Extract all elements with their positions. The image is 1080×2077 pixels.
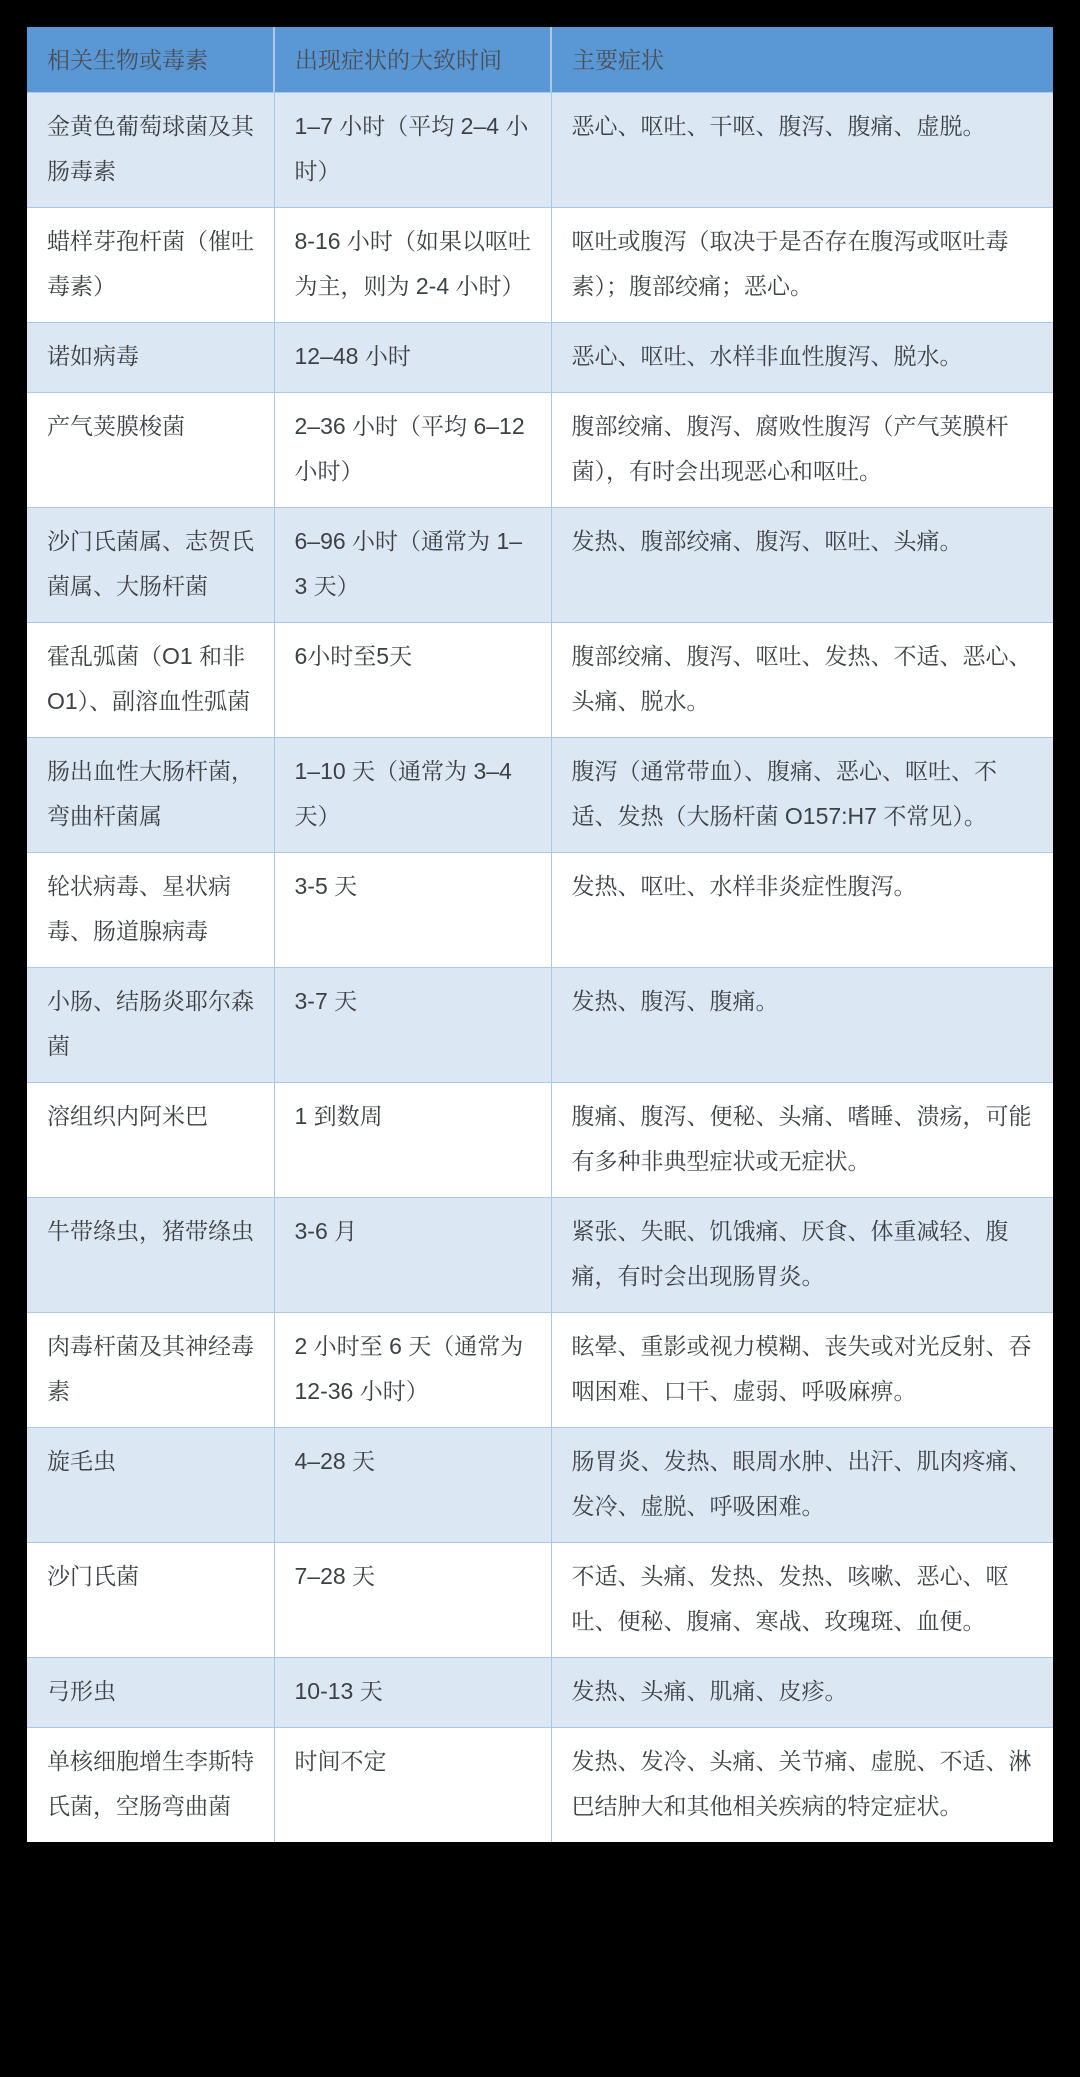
header-row: 相关生物或毒素 出现症状的大致时间 主要症状 <box>27 27 1053 93</box>
symptoms-cell: 紧张、失眠、饥饿痛、厌食、体重减轻、腹痛，有时会出现肠胃炎。 <box>551 1198 1053 1313</box>
table-row: 霍乱弧菌（O1 和非 O1）、副溶血性弧菌 6小时至5天 腹部绞痛、腹泻、呕吐、… <box>27 623 1053 738</box>
organism-cell: 肉毒杆菌及其神经毒素 <box>27 1313 274 1428</box>
time-cell: 1 到数周 <box>274 1083 551 1198</box>
symptoms-cell: 不适、头痛、发热、发热、咳嗽、恶心、呕吐、便秘、腹痛、寒战、玫瑰斑、血便。 <box>551 1543 1053 1658</box>
symptoms-cell: 腹泻（通常带血）、腹痛、恶心、呕吐、不适、发热（大肠杆菌 O157:H7 不常见… <box>551 738 1053 853</box>
organism-cell: 单核细胞增生李斯特氏菌，空肠弯曲菌 <box>27 1728 274 1843</box>
time-cell: 4–28 天 <box>274 1428 551 1543</box>
symptom-table-container: 相关生物或毒素 出现症状的大致时间 主要症状 金黄色葡萄球菌及其肠毒素 1–7 … <box>27 27 1053 1842</box>
table-row: 弓形虫 10-13 天 发热、头痛、肌痛、皮疹。 <box>27 1658 1053 1728</box>
table-row: 金黄色葡萄球菌及其肠毒素 1–7 小时（平均 2–4 小时） 恶心、呕吐、干呕、… <box>27 93 1053 208</box>
symptoms-cell: 呕吐或腹泻（取决于是否存在腹泻或呕吐毒素）；腹部绞痛；恶心。 <box>551 208 1053 323</box>
foodborne-illness-table: 相关生物或毒素 出现症状的大致时间 主要症状 金黄色葡萄球菌及其肠毒素 1–7 … <box>27 27 1053 1842</box>
organism-cell: 轮状病毒、星状病毒、肠道腺病毒 <box>27 853 274 968</box>
table-row: 沙门氏菌属、志贺氏菌属、大肠杆菌 6–96 小时（通常为 1–3 天） 发热、腹… <box>27 508 1053 623</box>
symptoms-cell: 恶心、呕吐、水样非血性腹泻、脱水。 <box>551 323 1053 393</box>
time-cell: 时间不定 <box>274 1728 551 1843</box>
symptoms-cell: 腹痛、腹泻、便秘、头痛、嗜睡、溃疡，可能有多种非典型症状或无症状。 <box>551 1083 1053 1198</box>
symptoms-cell: 发热、呕吐、水样非炎症性腹泻。 <box>551 853 1053 968</box>
table-body: 金黄色葡萄球菌及其肠毒素 1–7 小时（平均 2–4 小时） 恶心、呕吐、干呕、… <box>27 93 1053 1843</box>
column-header-organism: 相关生物或毒素 <box>27 27 274 93</box>
time-cell: 2 小时至 6 天（通常为 12-36 小时） <box>274 1313 551 1428</box>
time-cell: 12–48 小时 <box>274 323 551 393</box>
symptoms-cell: 腹部绞痛、腹泻、腐败性腹泻（产气荚膜杆菌），有时会出现恶心和呕吐。 <box>551 393 1053 508</box>
table-header: 相关生物或毒素 出现症状的大致时间 主要症状 <box>27 27 1053 93</box>
column-header-time: 出现症状的大致时间 <box>274 27 551 93</box>
table-row: 蜡样芽孢杆菌（催吐毒素） 8-16 小时（如果以呕吐为主，则为 2-4 小时） … <box>27 208 1053 323</box>
table-row: 沙门氏菌 7–28 天 不适、头痛、发热、发热、咳嗽、恶心、呕吐、便秘、腹痛、寒… <box>27 1543 1053 1658</box>
table-row: 肉毒杆菌及其神经毒素 2 小时至 6 天（通常为 12-36 小时） 眩晕、重影… <box>27 1313 1053 1428</box>
symptoms-cell: 发热、头痛、肌痛、皮疹。 <box>551 1658 1053 1728</box>
organism-cell: 沙门氏菌属、志贺氏菌属、大肠杆菌 <box>27 508 274 623</box>
table-row: 肠出血性大肠杆菌，弯曲杆菌属 1–10 天（通常为 3–4 天） 腹泻（通常带血… <box>27 738 1053 853</box>
organism-cell: 诺如病毒 <box>27 323 274 393</box>
organism-cell: 产气荚膜梭菌 <box>27 393 274 508</box>
symptoms-cell: 发热、发冷、头痛、关节痛、虚脱、不适、淋巴结肿大和其他相关疾病的特定症状。 <box>551 1728 1053 1843</box>
organism-cell: 小肠、结肠炎耶尔森菌 <box>27 968 274 1083</box>
symptoms-cell: 发热、腹部绞痛、腹泻、呕吐、头痛。 <box>551 508 1053 623</box>
time-cell: 3-7 天 <box>274 968 551 1083</box>
organism-cell: 金黄色葡萄球菌及其肠毒素 <box>27 93 274 208</box>
time-cell: 8-16 小时（如果以呕吐为主，则为 2-4 小时） <box>274 208 551 323</box>
time-cell: 6–96 小时（通常为 1–3 天） <box>274 508 551 623</box>
time-cell: 1–7 小时（平均 2–4 小时） <box>274 93 551 208</box>
time-cell: 6小时至5天 <box>274 623 551 738</box>
time-cell: 3-6 月 <box>274 1198 551 1313</box>
organism-cell: 肠出血性大肠杆菌，弯曲杆菌属 <box>27 738 274 853</box>
symptoms-cell: 眩晕、重影或视力模糊、丧失或对光反射、吞咽困难、口干、虚弱、呼吸麻痹。 <box>551 1313 1053 1428</box>
symptoms-cell: 恶心、呕吐、干呕、腹泻、腹痛、虚脱。 <box>551 93 1053 208</box>
table-row: 溶组织内阿米巴 1 到数周 腹痛、腹泻、便秘、头痛、嗜睡、溃疡，可能有多种非典型… <box>27 1083 1053 1198</box>
organism-cell: 牛带绦虫，猪带绦虫 <box>27 1198 274 1313</box>
table-row: 小肠、结肠炎耶尔森菌 3-7 天 发热、腹泻、腹痛。 <box>27 968 1053 1083</box>
time-cell: 3-5 天 <box>274 853 551 968</box>
organism-cell: 旋毛虫 <box>27 1428 274 1543</box>
table-row: 轮状病毒、星状病毒、肠道腺病毒 3-5 天 发热、呕吐、水样非炎症性腹泻。 <box>27 853 1053 968</box>
table-row: 产气荚膜梭菌 2–36 小时（平均 6–12 小时） 腹部绞痛、腹泻、腐败性腹泻… <box>27 393 1053 508</box>
symptoms-cell: 肠胃炎、发热、眼周水肿、出汗、肌肉疼痛、发冷、虚脱、呼吸困难。 <box>551 1428 1053 1543</box>
table-row: 旋毛虫 4–28 天 肠胃炎、发热、眼周水肿、出汗、肌肉疼痛、发冷、虚脱、呼吸困… <box>27 1428 1053 1543</box>
time-cell: 1–10 天（通常为 3–4 天） <box>274 738 551 853</box>
organism-cell: 溶组织内阿米巴 <box>27 1083 274 1198</box>
table-row: 牛带绦虫，猪带绦虫 3-6 月 紧张、失眠、饥饿痛、厌食、体重减轻、腹痛，有时会… <box>27 1198 1053 1313</box>
table-row: 诺如病毒 12–48 小时 恶心、呕吐、水样非血性腹泻、脱水。 <box>27 323 1053 393</box>
table-row: 单核细胞增生李斯特氏菌，空肠弯曲菌 时间不定 发热、发冷、头痛、关节痛、虚脱、不… <box>27 1728 1053 1843</box>
time-cell: 2–36 小时（平均 6–12 小时） <box>274 393 551 508</box>
organism-cell: 霍乱弧菌（O1 和非 O1）、副溶血性弧菌 <box>27 623 274 738</box>
organism-cell: 弓形虫 <box>27 1658 274 1728</box>
symptoms-cell: 发热、腹泻、腹痛。 <box>551 968 1053 1083</box>
time-cell: 10-13 天 <box>274 1658 551 1728</box>
time-cell: 7–28 天 <box>274 1543 551 1658</box>
symptoms-cell: 腹部绞痛、腹泻、呕吐、发热、不适、恶心、头痛、脱水。 <box>551 623 1053 738</box>
organism-cell: 沙门氏菌 <box>27 1543 274 1658</box>
column-header-symptoms: 主要症状 <box>551 27 1053 93</box>
organism-cell: 蜡样芽孢杆菌（催吐毒素） <box>27 208 274 323</box>
